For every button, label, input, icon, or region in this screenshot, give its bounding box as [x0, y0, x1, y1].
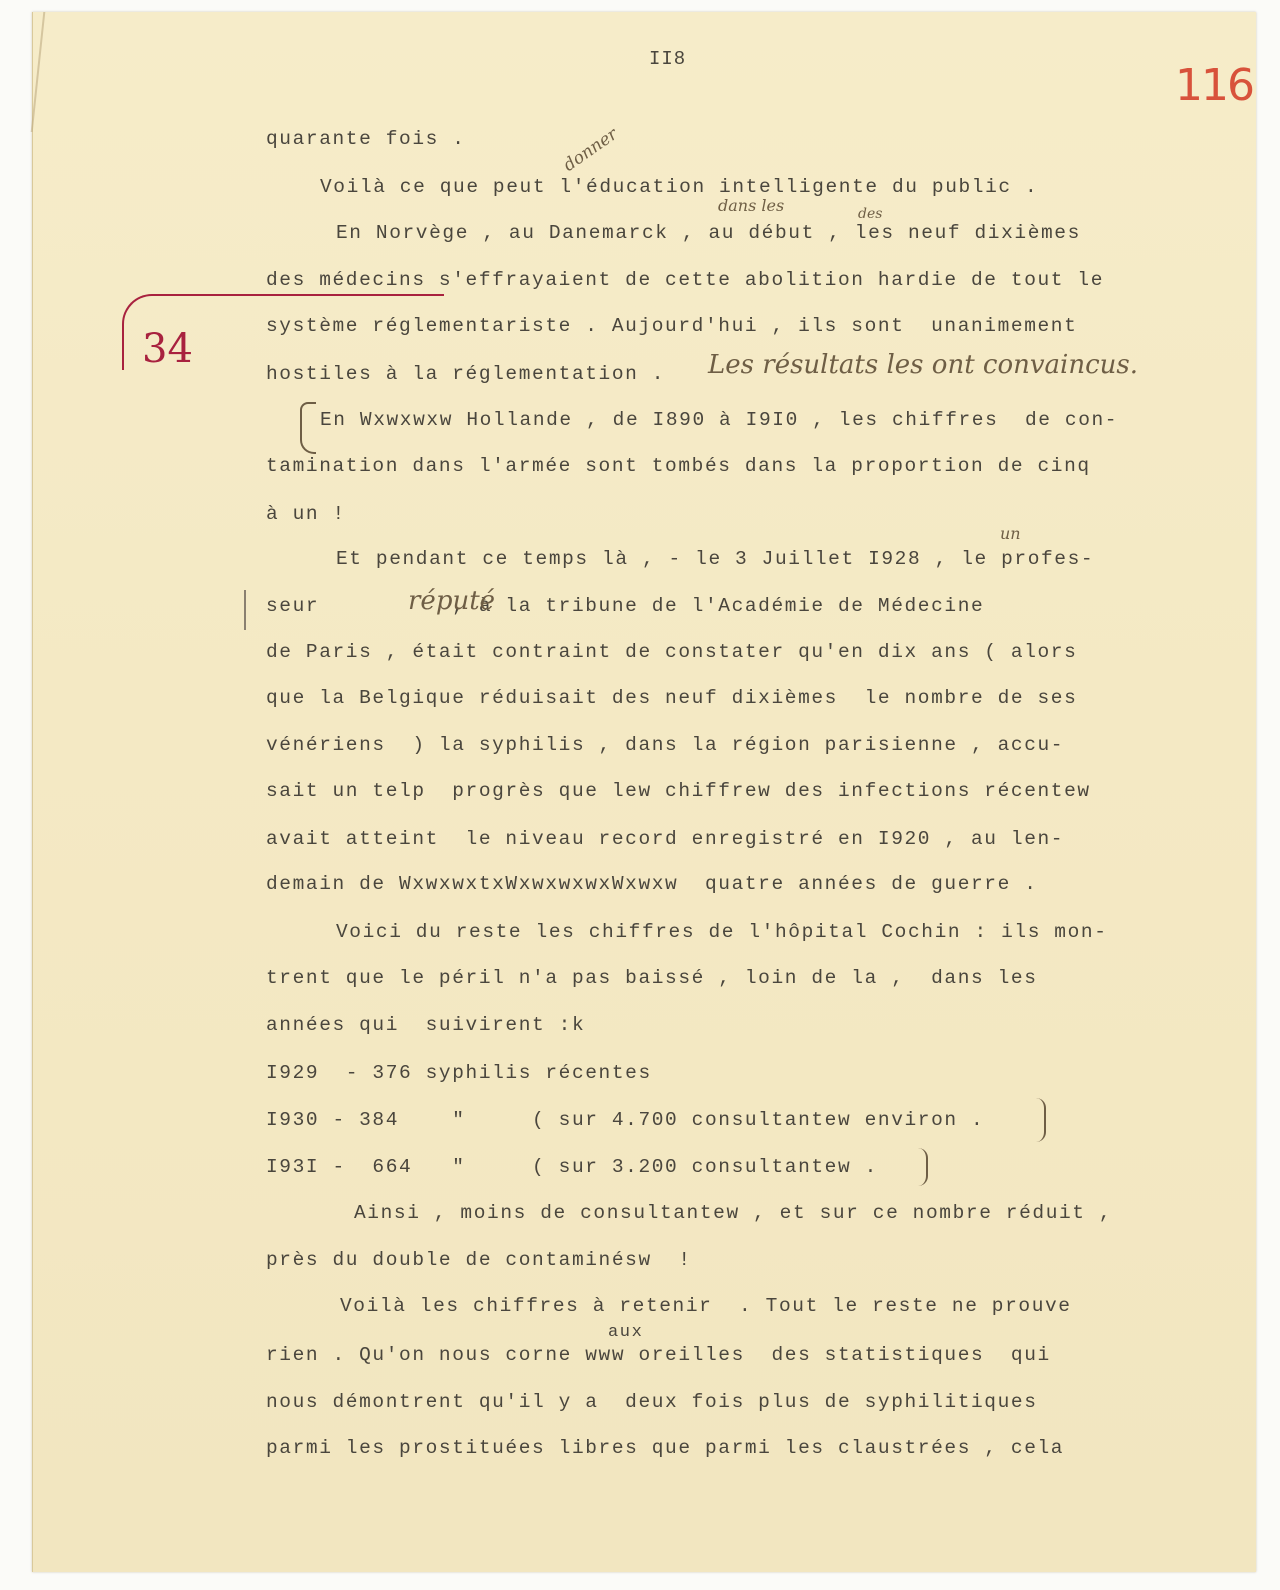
handwritten-note: Les résultats les ont convaincus.: [708, 350, 1138, 380]
text-line: Voilà ce que peut l'éducation intelligen…: [320, 176, 1038, 198]
text-line: près du double de contaminésw !: [266, 1249, 692, 1271]
table-row: I93I - 664 " ( sur 3.200 consultantew .: [266, 1156, 878, 1178]
text-line: En Norvège , au Danemarck , au début , l…: [336, 222, 1081, 244]
margin-pencil-mark: [244, 590, 246, 630]
text-line: que la Belgique réduisait des neuf dixiè…: [266, 687, 1077, 709]
text-line: sait un telp progrès que lew chiffrew de…: [266, 780, 1091, 802]
text-line: Voilà les chiffres à retenir . Tout le r…: [340, 1295, 1072, 1317]
text-line: années qui suivirent :k: [266, 1014, 585, 1036]
page-number: II8: [649, 48, 686, 70]
text-line: rien . Qu'on nous corne www oreilles des…: [266, 1344, 1051, 1366]
pencil-parenthesis: [918, 1148, 928, 1186]
text-line: seur , à la tribune de l'Académie de Méd…: [266, 595, 984, 617]
text-line: tamination dans l'armée sont tombés dans…: [266, 455, 1091, 477]
text-line: Et pendant ce temps là , - le 3 Juillet …: [336, 548, 1094, 570]
text-line: parmi les prostituées libres que parmi l…: [266, 1437, 1064, 1459]
table-row: I930 - 384 " ( sur 4.700 consultantew en…: [266, 1109, 984, 1131]
text-line: vénériens ) la syphilis , dans la région…: [266, 734, 1064, 756]
text-line: demain de WxwxwxtxWxwxwxwxWxwxw quatre a…: [266, 873, 1038, 895]
text-line: quarante fois .: [266, 128, 466, 150]
handwritten-insert: un: [1000, 524, 1021, 543]
typed-insertion: aux: [608, 1323, 643, 1342]
handwritten-insert: réputé: [408, 586, 495, 616]
handwritten-insert: dans les: [718, 196, 784, 215]
text-line: système réglementariste . Aujourd'hui , …: [266, 315, 1077, 337]
handwritten-insert: des: [858, 206, 882, 222]
table-row: I929 - 376 syphilis récentes: [266, 1062, 652, 1084]
text-line: des médecins s'effrayaient de cette abol…: [266, 269, 1104, 291]
text-line: à un !: [266, 503, 346, 525]
text-line: avait atteint le niveau record enregistr…: [266, 828, 1064, 850]
text-line: nous démontrent qu'il y a deux fois plus…: [266, 1391, 1038, 1413]
text-line: de Paris , était contraint de constater …: [266, 641, 1077, 663]
text-line: Ainsi , moins de consultantew , et sur c…: [354, 1202, 1112, 1224]
text-line: Voici du reste les chiffres de l'hôpital…: [336, 921, 1108, 943]
text-line: hostiles à la réglementation .: [266, 363, 665, 385]
text-line: trent que le péril n'a pas baissé , loin…: [266, 967, 1038, 989]
text-line: En Wxwxwxw Hollande , de I890 à I9I0 , l…: [320, 409, 1118, 431]
pencil-parenthesis: [1036, 1098, 1046, 1142]
margin-note-number: 34: [142, 326, 193, 372]
bracket-hollande: [300, 402, 316, 454]
folio-number: 116: [1175, 60, 1253, 111]
